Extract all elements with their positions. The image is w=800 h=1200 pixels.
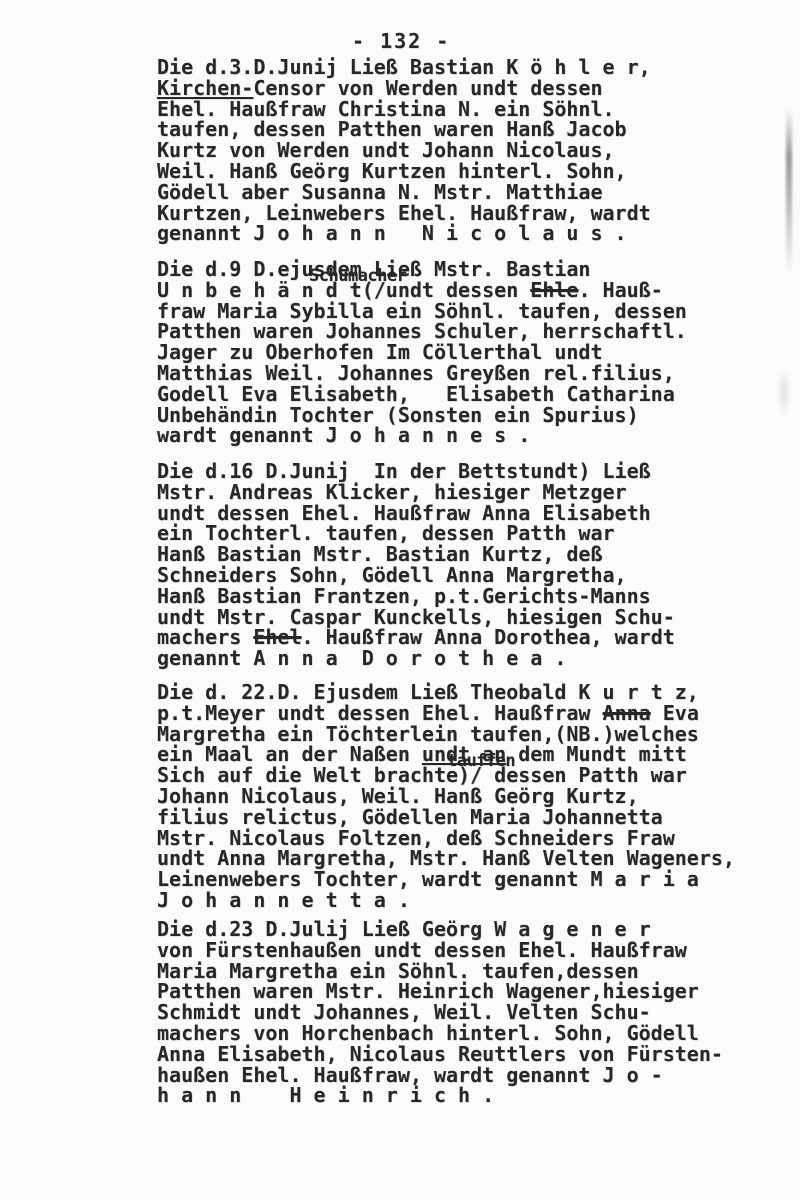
text-line: wardt genannt J o h a n n e s . <box>157 425 787 446</box>
text-line: Godell Eva Elisabeth, Elisabeth Catharin… <box>157 384 787 405</box>
text-line: Die d.23 D.Julij Ließ Geörg W a g e n e … <box>157 919 787 940</box>
text-line: undt Anna Margretha, Mstr. Hanß Velten W… <box>157 848 787 869</box>
text-line: Kirchen-Censor von Werden undt dessen <box>157 78 787 99</box>
text-block: Die d.3.D.Junij Ließ Bastian K ö h l e r… <box>157 0 787 1200</box>
text-line: Anna Elisabeth, Nicolaus Reuttlers von F… <box>157 1044 787 1065</box>
text-line: undt dessen Ehel. Haußfraw Anna Elisabet… <box>157 503 787 524</box>
insert-segment: Schumacher <box>309 268 406 285</box>
text-line: Weil. Hanß Geörg Kurtzen hinterl. Sohn, <box>157 161 787 182</box>
text-segment: genannt J o h a n n N i c o l a u s . <box>157 221 627 245</box>
text-line: Margretha ein Töchterlein taufen,(NB.)we… <box>157 724 787 745</box>
text-line: taufen, dessen Patthen waren Hanß Jacob <box>157 119 787 140</box>
text-line: Schneiders Sohn, Gödell Anna Margretha, <box>157 565 787 586</box>
text-line: fraw Maria Sybilla ein Söhnl. taufen, de… <box>157 301 787 322</box>
text-segment: genannt A n n a D o r o t h e a . <box>157 646 566 670</box>
insert-segment: tauffen <box>447 753 515 770</box>
text-line: undt Mstr. Caspar Kunckells, hiesigen Sc… <box>157 607 787 628</box>
text-line: Leinenwebers Tochter, wardt genannt M a … <box>157 869 787 890</box>
text-line: machers Ehel. Haußfraw Anna Dorothea, wa… <box>157 627 787 648</box>
text-line: Jager zu Oberhofen Im Cöllerthal undt <box>157 342 787 363</box>
text-line: genannt A n n a D o r o t h e a . <box>157 648 787 669</box>
text-line: Die d.3.D.Junij Ließ Bastian K ö h l e r… <box>157 57 787 78</box>
text-line: Die d. 22.D. Ejusdem Ließ Theobald K u r… <box>157 682 787 703</box>
text-line: von Fürstenhaußen undt dessen Ehel. Hauß… <box>157 940 787 961</box>
text-line: Mstr. Andreas Klicker, hiesiger Metzger <box>157 482 787 503</box>
text-line: haußen Ehel. Haußfraw, wardt genannt J o… <box>157 1065 787 1086</box>
text-line: Mstr. Nicolaus Foltzen, deß Schneiders F… <box>157 828 787 849</box>
text-line: Hanß Bastian Mstr. Bastian Kurtz, deß <box>157 544 787 565</box>
text-line: Maria Margretha ein Söhnl. taufen,dessen <box>157 961 787 982</box>
paragraph-3: Die d.16 D.Junij In der Bettstundt) Ließ… <box>157 461 787 669</box>
text-line: Gödell aber Susanna N. Mstr. Matthiae <box>157 182 787 203</box>
text-line: Schmidt undt Johannes, Weil. Velten Schu… <box>157 1002 787 1023</box>
scan-streak-artifact <box>786 108 792 273</box>
paragraph-5: Die d.23 D.Julij Ließ Geörg W a g e n e … <box>157 919 787 1106</box>
text-segment: h a n n H e i n r i c h . <box>157 1083 494 1107</box>
text-line: Kurtz von Werden undt Johann Nicolaus, <box>157 140 787 161</box>
text-line: filius relictus, Gödellen Maria Johannet… <box>157 807 787 828</box>
paragraph-2: Die d.9 D.ejusdem Ließ Mstr. BastianSchu… <box>157 259 787 446</box>
scan-smudge-artifact <box>778 365 790 420</box>
text-line: Patthen waren Mstr. Heinrich Wagener,hie… <box>157 981 787 1002</box>
text-line: J o h a n n e t t a . <box>157 890 787 911</box>
paragraph-4: Die d. 22.D. Ejusdem Ließ Theobald K u r… <box>157 682 787 911</box>
paragraph-1: Die d.3.D.Junij Ließ Bastian K ö h l e r… <box>157 57 787 244</box>
document-page: - 132 - Die d.3.D.Junij Ließ Bastian K ö… <box>0 0 800 1200</box>
text-line: Patthen waren Johannes Schuler, herrscha… <box>157 321 787 342</box>
text-line: p.t.Meyer undt dessen Ehel. Haußfraw Ann… <box>157 703 787 724</box>
text-line: Kurtzen, Leinwebers Ehel. Haußfraw, ward… <box>157 203 787 224</box>
text-line: Ehel. Haußfraw Christina N. ein Söhnl. <box>157 99 787 120</box>
text-line: Die d.16 D.Junij In der Bettstundt) Ließ <box>157 461 787 482</box>
text-segment: J o h a n n e t t a . <box>157 888 410 912</box>
text-line: machers von Horchenbach hinterl. Sohn, G… <box>157 1023 787 1044</box>
text-line: h a n n H e i n r i c h . <box>157 1085 787 1106</box>
text-line: Matthias Weil. Johannes Greyßen rel.fili… <box>157 363 787 384</box>
text-line: ein Tochterl. taufen, dessen Patth war <box>157 523 787 544</box>
text-line: Unbehändin Tochter (Sonsten ein Spurius) <box>157 405 787 426</box>
text-line: genannt J o h a n n N i c o l a u s . <box>157 223 787 244</box>
text-line: tauffenSich auf die Welt brachte)/ desse… <box>157 765 787 786</box>
text-line: Die d.9 D.ejusdem Ließ Mstr. Bastian <box>157 259 787 280</box>
text-line: Johann Nicolaus, Weil. Hanß Geörg Kurtz, <box>157 786 787 807</box>
text-segment: wardt genannt J o h a n n e s . <box>157 423 530 447</box>
text-line: SchumacherU n b e h ä n d t(/undt dessen… <box>157 280 787 301</box>
text-line: Hanß Bastian Frantzen, p.t.Gerichts-Mann… <box>157 586 787 607</box>
